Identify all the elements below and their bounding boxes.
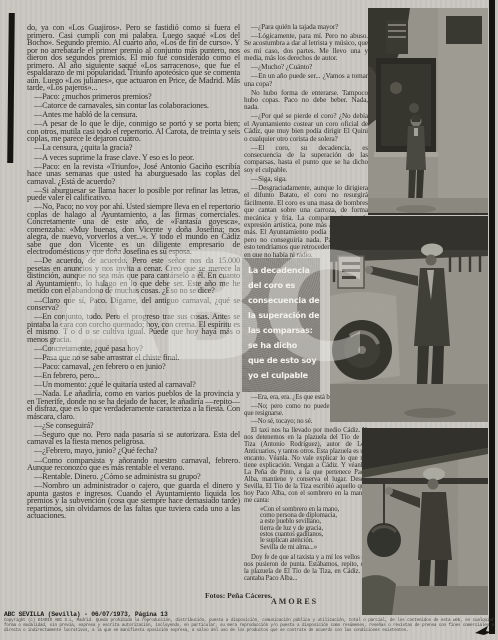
paragraph: —De acuerdo, de acuerdo. Pero este señor… [27,257,240,295]
text-line: La decadencia [248,263,320,278]
paragraph: —La censura, ¿quita la gracia? [27,144,240,152]
photo-pointing-cart: Paco Alba, con gorra blanca, señala junt… [330,216,488,422]
paragraph: —Un momento: ¿qué le quitaría usted al c… [27,381,240,389]
paragraph: —¿Para quién la tajada mayor? [244,24,368,31]
scan-edge-left-bar [7,13,15,163]
footer-citation: ABC SEVILLA (Sevilla) - 06/07/1973, Pági… [4,611,494,618]
text-line: del coro es [248,278,320,293]
paragraph: —El coro, su decadencia, es consecuencia… [244,145,368,175]
paragraph: —¿Se conseguirá? [27,422,240,430]
paragraph: —Paco: en la revista «Triunfo», José Ant… [27,163,240,186]
paragraph: —Si aburguesar se llama hacer lo posible… [27,187,240,202]
article-column-left: do, ya con «Los Guajiros». Pero se fasti… [27,24,240,590]
paragraph: —En un año puede ser... ¿Vamos a tomar u… [244,73,368,88]
paragraph: —Paco: carnaval, ¿en febrero o en junio? [27,363,240,371]
article-column-middle-bottom: —Era, era, era. ¿Es que está bien muerto… [244,394,367,594]
photo-hanging-scale: Paco Alba, con gorra blanca, junto a un … [362,428,488,615]
paragraph: —Catorce de carnavales, sin contar las c… [27,102,240,110]
paragraph: No hubo forma de enterarse. Tampoco hubo… [244,90,368,112]
paragraph: El taxi nos ha llevado por medio Cádiz. … [244,427,367,504]
paragraph: —Pasa que no se sabe arrastrar el chiste… [27,354,240,362]
photo-credit: Fotos: Peña Cáceres. [205,591,273,600]
paragraph: —Rentable. Dinero. ¿Cómo se administra s… [27,473,240,481]
text-line: Sevilla de mi alma...» [260,545,367,551]
paragraph: —Lógicamente, para mí. Pero no abuso. Se… [244,33,368,63]
paragraph: —Claro que sí, Paco. Dígame, del antiguo… [27,297,240,312]
text-line: la superación de [248,308,320,323]
author-signature: AMORES [271,597,341,606]
text-line: se ha dicho [248,338,320,353]
paragraph: —A pesar de lo que le dije, conmigo se p… [27,120,240,143]
closing-paragraph: Doy fe de que al taxista y a mí los vell… [244,554,367,582]
text-line: yo el culpable [248,368,320,383]
paragraph: Doy fe de que al taxista y a mí los vell… [244,554,367,582]
scan-edge-right-bar [489,0,495,634]
paragraph: —Nombro un administrador o cajero, que g… [27,482,240,520]
newspaper-page-scan: { "publication": { "citation": "ABC SEVI… [0,0,498,640]
pull-quote: La decadenciadel coro esconsecuencia del… [242,258,320,392]
paragraph: —En febrero, pero... [27,372,240,380]
paragraph: —Concretamente, ¿qué pasa hoy? [27,345,240,353]
photo-plaque-wall: Paco Alba ante una fachada encalada con … [368,8,488,215]
paragraph: —Nada. Le añadiría, como en varios puebl… [27,390,240,420]
verse-block: «Con el sombrero en la mano,como persona… [260,507,367,551]
scan-artifact [474,624,492,636]
footer-copyright: Copyright (c) DIARIO ABC S.L, Madrid. Qu… [4,619,494,633]
paragraph: —¿Por qué se pierde el coro? ¿No debía e… [244,113,368,143]
paragraph: —Siga, siga. [244,176,368,183]
paragraph: —Paco: ¿muchos primeros premios? [27,93,240,101]
paragraph: —A veces suprime la frase clave. Y eso e… [27,154,240,162]
paragraph: —No, Paco; no voy por ahí. Usted siempre… [27,203,240,256]
paragraph: —Antes me habló de la censura. [27,111,240,119]
footer: ABC SEVILLA (Sevilla) - 06/07/1973, Pági… [4,611,494,633]
text-line: las comparsas: [248,323,320,338]
text-line: que de esto soy [248,353,320,368]
paragraph: do, ya con «Los Guajiros». Pero se fasti… [27,24,240,92]
paragraph: —En conjunto, todo. Pero el progreso tra… [27,313,240,343]
paragraph: —Seguro que no. Pero nada pasaría si se … [27,431,240,446]
paragraph: —¿Febrero, mayo, junio? ¿Qué fecha? [27,447,240,455]
text-line: consecuencia de [248,293,320,308]
paragraph: —Como comparsista y añorando nuestro car… [27,457,240,472]
paragraph: —¿Mucho? ¿Cuánto? [244,64,368,71]
